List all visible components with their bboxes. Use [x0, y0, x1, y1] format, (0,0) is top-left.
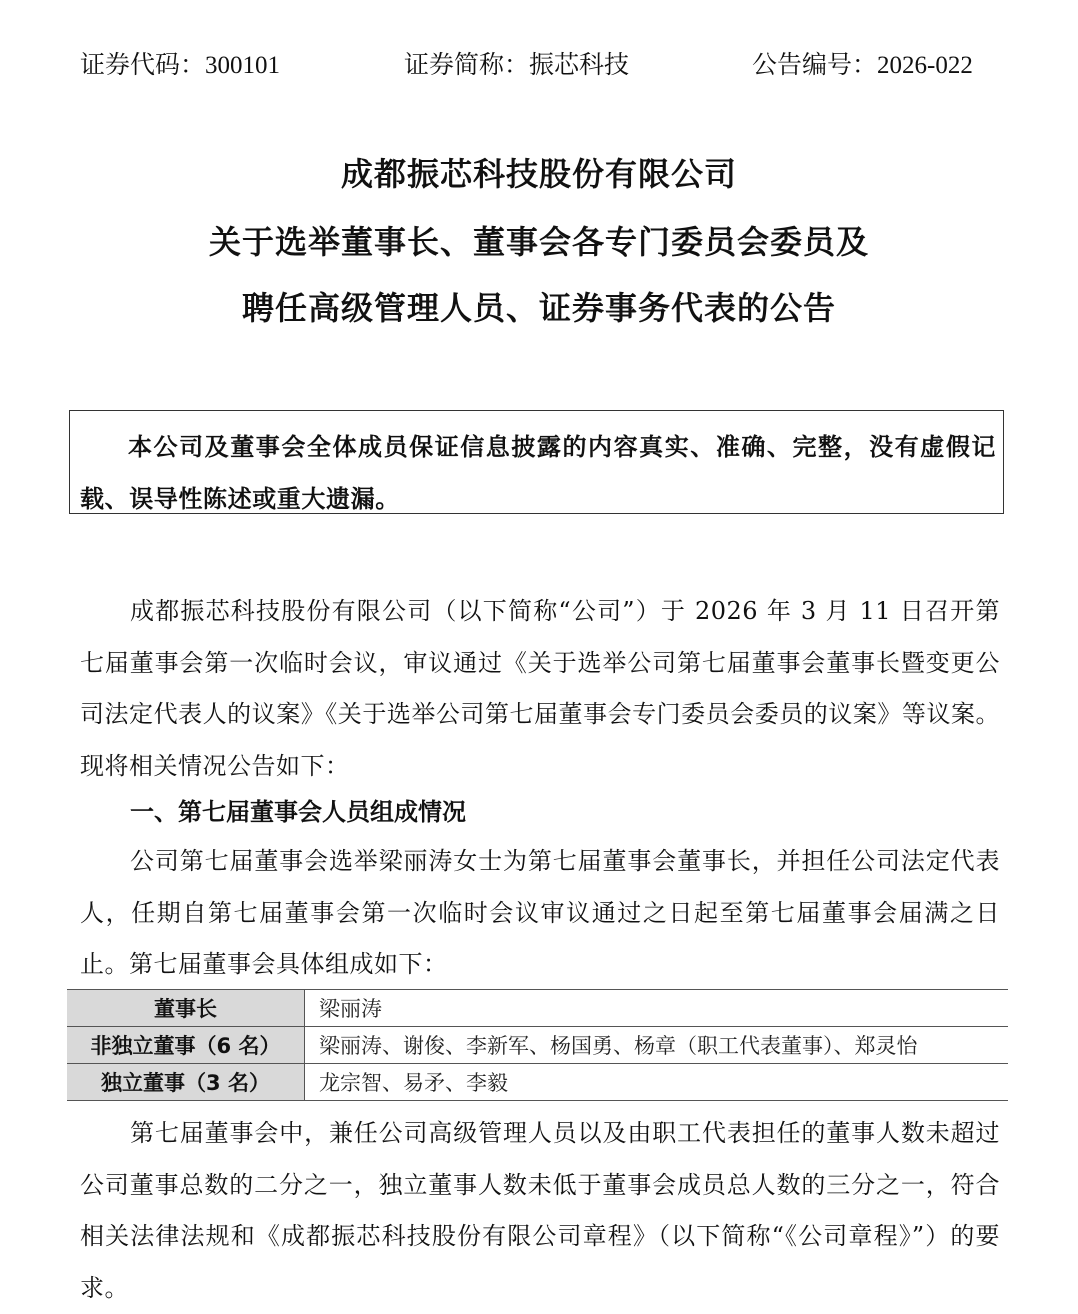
role-cell: 董事长 [67, 990, 305, 1027]
members-cell: 梁丽涛、谢俊、李新军、杨国勇、杨章（职工代表董事）、郑灵怡 [305, 1027, 1009, 1064]
compliance-paragraph: 第七届董事会中，兼任公司高级管理人员以及由职工代表担任的董事人数未超过公司董事总… [80, 1108, 1000, 1314]
announcement-title-line-3: 聘任高级管理人员、证券事务代表的公告 [0, 288, 1078, 328]
company-name-title: 成都振芯科技股份有限公司 [0, 154, 1078, 194]
board-composition-table: 董事长 梁丽涛 非独立董事（6 名） 梁丽涛、谢俊、李新军、杨国勇、杨章（职工代… [67, 989, 1008, 1101]
announcement-title-line-2: 关于选举董事长、董事会各专门委员会委员及 [0, 222, 1078, 262]
intro-paragraph: 成都振芯科技股份有限公司（以下简称“公司”）于 2026 年 3 月 11 日召… [80, 586, 1000, 792]
disclosure-guarantee-box: 本公司及董事会全体成员保证信息披露的内容真实、准确、完整，没有虚假记载、误导性陈… [69, 410, 1004, 514]
stock-code: 证券代码：300101 [80, 46, 280, 86]
table-row: 非独立董事（6 名） 梁丽涛、谢俊、李新军、杨国勇、杨章（职工代表董事）、郑灵怡 [67, 1027, 1008, 1064]
announcement-number: 公告编号：2026-022 [752, 46, 973, 86]
document-header: 证券代码：300101 证券简称：振芯科技 公告编号：2026-022 [80, 46, 980, 86]
disclosure-guarantee-text: 本公司及董事会全体成员保证信息披露的内容真实、准确、完整，没有虚假记载、误导性陈… [80, 421, 996, 525]
table-row: 董事长 梁丽涛 [67, 990, 1008, 1027]
announcement-page: 证券代码：300101 证券简称：振芯科技 公告编号：2026-022 成都振芯… [0, 0, 1078, 1314]
stock-abbreviation: 证券简称：振芯科技 [404, 46, 629, 86]
members-cell: 龙宗智、易矛、李毅 [305, 1064, 1009, 1101]
table-row: 独立董事（3 名） 龙宗智、易矛、李毅 [67, 1064, 1008, 1101]
role-cell: 非独立董事（6 名） [67, 1027, 305, 1064]
members-cell: 梁丽涛 [305, 990, 1009, 1027]
role-cell: 独立董事（3 名） [67, 1064, 305, 1101]
chairman-election-paragraph: 公司第七届董事会选举梁丽涛女士为第七届董事会董事长，并担任公司法定代表人，任期自… [80, 836, 1000, 991]
section-1-heading: 一、第七届董事会人员组成情况 [130, 792, 466, 832]
